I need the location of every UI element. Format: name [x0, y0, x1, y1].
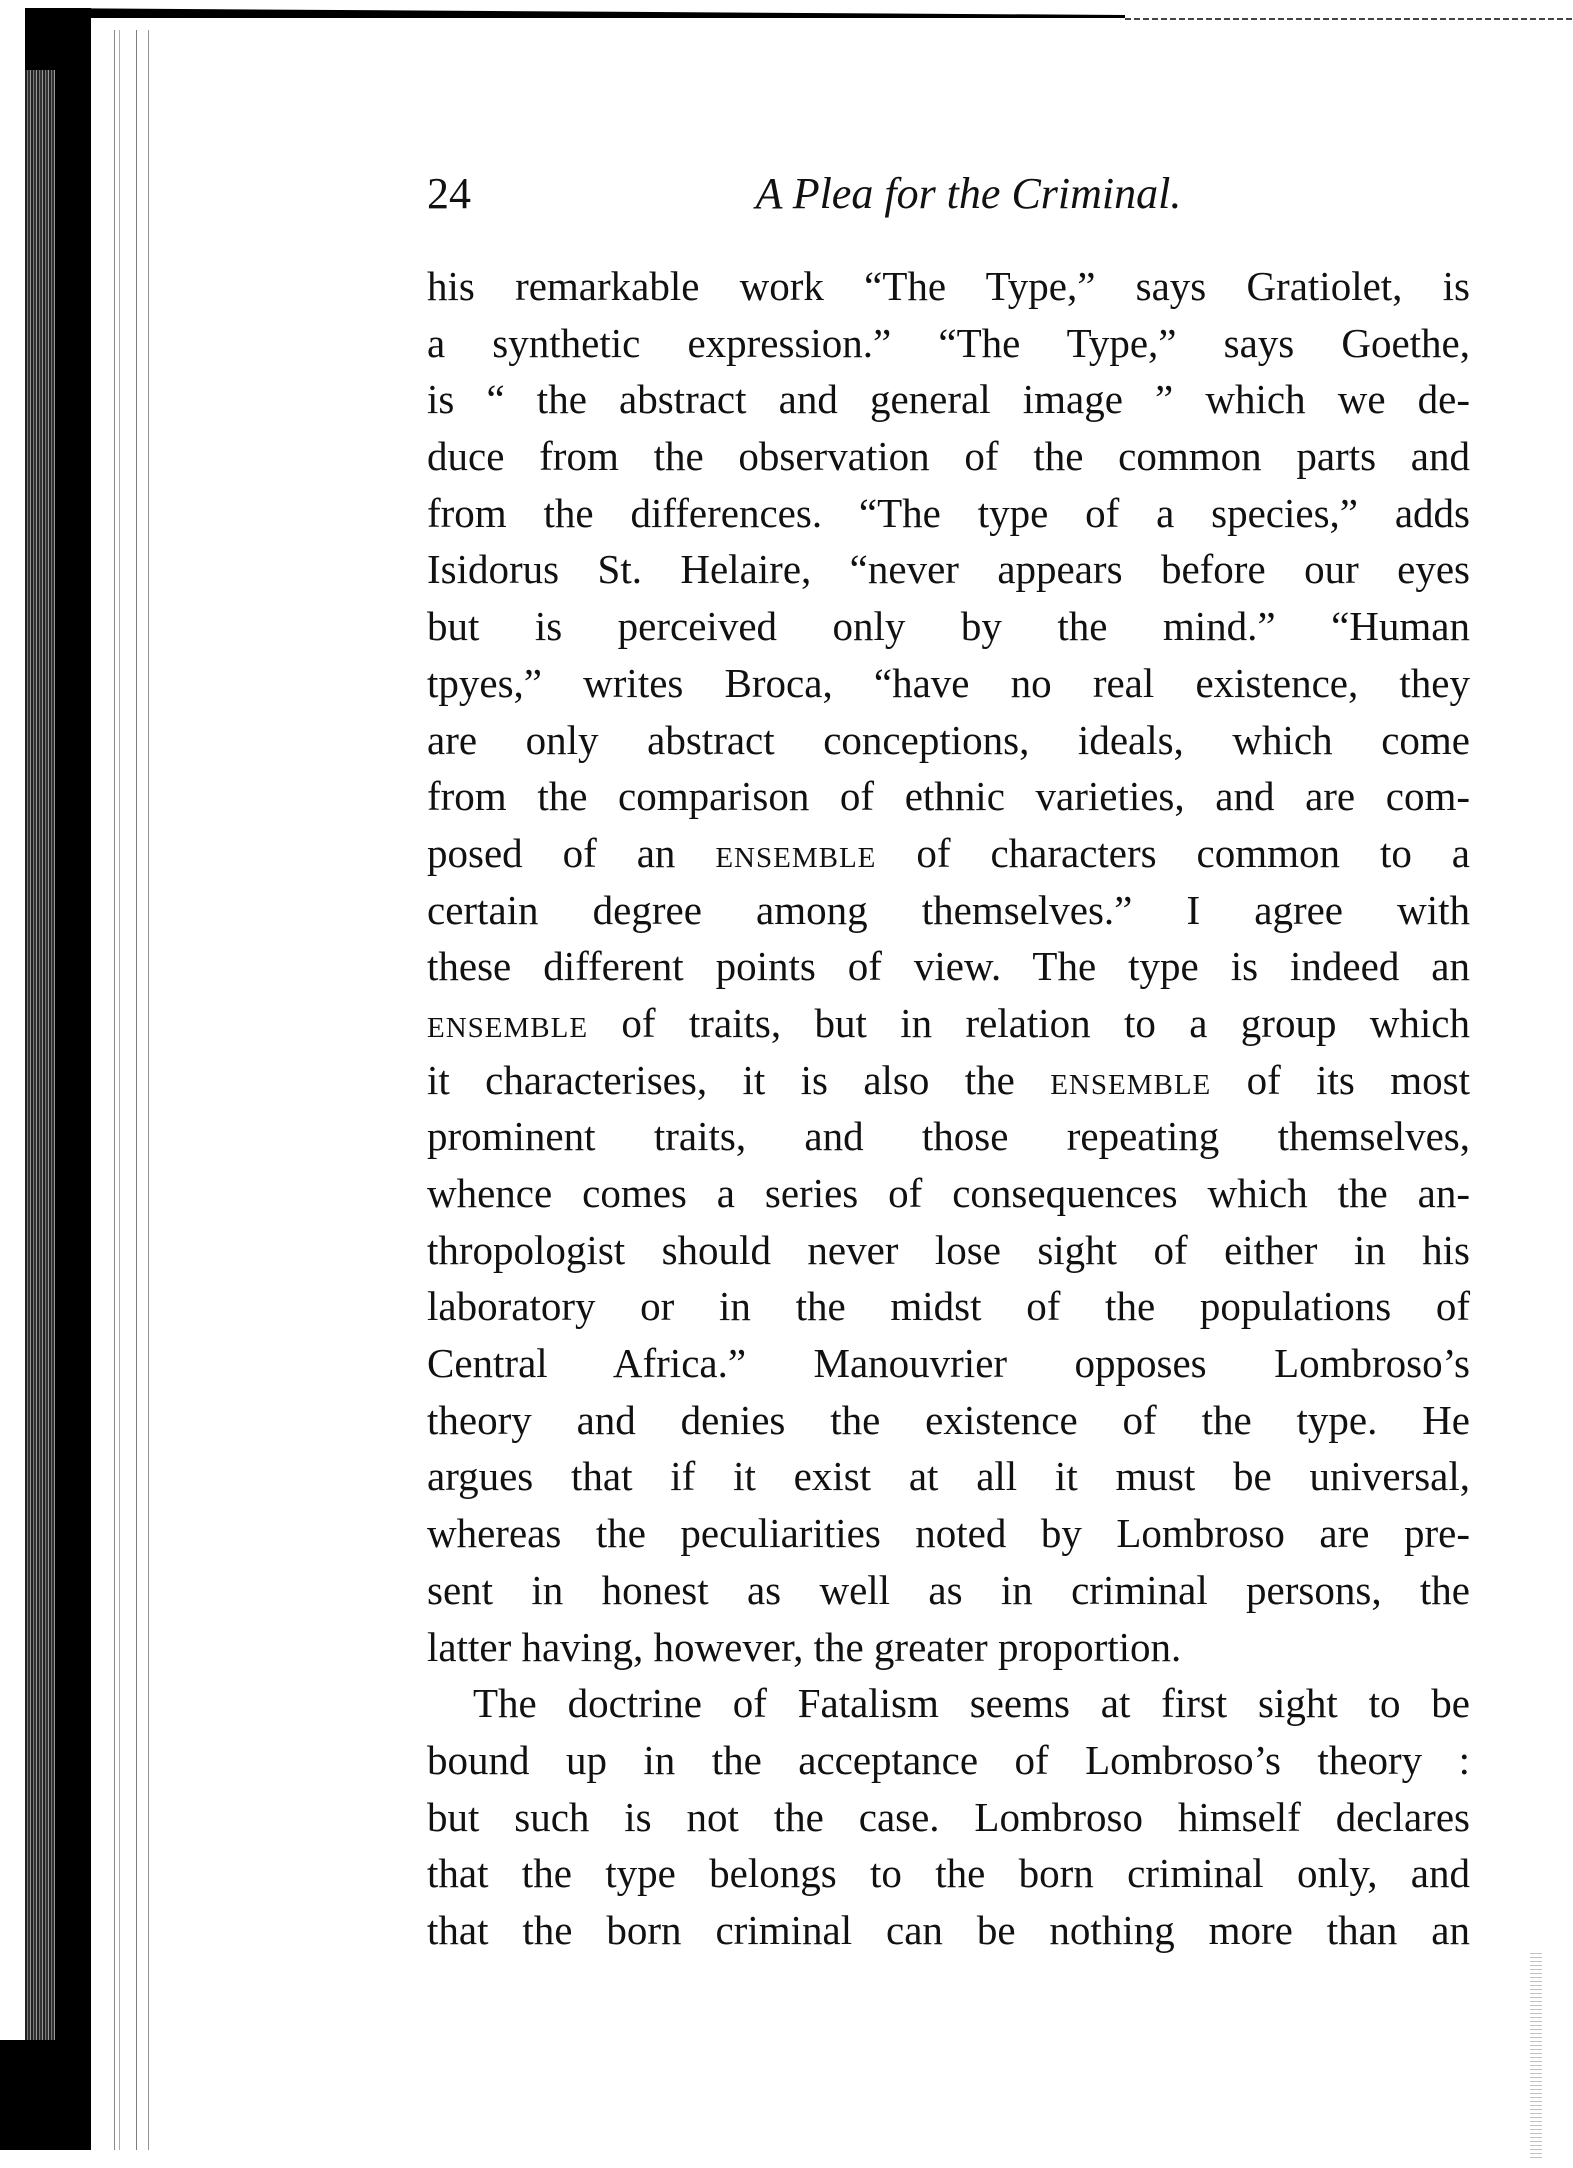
top-page-edge	[25, 8, 1573, 22]
small-caps-term: ensemble	[715, 830, 876, 876]
text-line: that the born criminal can be nothing mo…	[427, 1902, 1470, 1959]
binding-shadow	[25, 68, 57, 2150]
page-edge-lines	[100, 30, 162, 2150]
text-line: sent in honest as well as in criminal pe…	[427, 1562, 1470, 1619]
body-text: his remarkable work “The Type,” says Gra…	[427, 258, 1470, 1959]
text-line: are only abstract conceptions, ideals, w…	[427, 712, 1470, 769]
text-line: that the type belongs to the born crimin…	[427, 1845, 1470, 1902]
text-line: thropologist should never lose sight of …	[427, 1222, 1470, 1279]
text-line: duce from the observation of the common …	[427, 428, 1470, 485]
text-line: whereas the peculiarities noted by Lombr…	[427, 1505, 1470, 1562]
text-line: theory and denies the existence of the t…	[427, 1392, 1470, 1449]
text-line: but is perceived only by the mind.” “Hum…	[427, 598, 1470, 655]
text-line: Isidorus St. Helaire, “never appears bef…	[427, 541, 1470, 598]
text-line: these different points of view. The type…	[427, 938, 1470, 995]
text-line: latter having, however, the greater prop…	[427, 1619, 1470, 1676]
right-page-edge	[1530, 1950, 1542, 2160]
small-caps-term: ensemble	[1050, 1057, 1211, 1103]
text-line: a synthetic expression.” “The Type,” say…	[427, 315, 1470, 372]
scanned-book-page: 24 A Plea for the Criminal. his remarkab…	[0, 0, 1573, 2168]
text-line: Central Africa.” Manouvrier opposes Lomb…	[427, 1335, 1470, 1392]
paragraph: his remarkable work “The Type,” says Gra…	[427, 258, 1470, 1675]
small-caps-term: ensemble	[427, 1000, 588, 1046]
binding-bottom	[0, 2040, 91, 2150]
text-line: it characterises, it is also the ensembl…	[427, 1052, 1470, 1109]
text-line: bound up in the acceptance of Lombroso’s…	[427, 1732, 1470, 1789]
text-line: from the differences. “The type of a spe…	[427, 485, 1470, 542]
book-spine	[55, 8, 91, 2150]
text-line: ensemble of traits, but in relation to a…	[427, 995, 1470, 1052]
text-line: certain degree among themselves.” I agre…	[427, 882, 1470, 939]
text-line: is “ the abstract and general image ” wh…	[427, 371, 1470, 428]
text-line: laboratory or in the midst of the popula…	[427, 1278, 1470, 1335]
text-line: but such is not the case. Lombroso himse…	[427, 1789, 1470, 1846]
text-line: whence comes a series of consequences wh…	[427, 1165, 1470, 1222]
text-line: The doctrine of Fatalism seems at first …	[427, 1675, 1470, 1732]
paragraph: The doctrine of Fatalism seems at first …	[427, 1675, 1470, 1958]
text-line: his remarkable work “The Type,” says Gra…	[427, 258, 1470, 315]
running-head: 24 A Plea for the Criminal.	[427, 168, 1470, 224]
text-line: from the comparison of ethnic varieties,…	[427, 768, 1470, 825]
text-line: posed of an ensemble of characters commo…	[427, 825, 1470, 882]
text-line: prominent traits, and those repeating th…	[427, 1108, 1470, 1165]
text-line: argues that if it exist at all it must b…	[427, 1448, 1470, 1505]
text-line: tpyes,” writes Broca, “have no real exis…	[427, 655, 1470, 712]
running-title: A Plea for the Criminal.	[427, 168, 1470, 219]
